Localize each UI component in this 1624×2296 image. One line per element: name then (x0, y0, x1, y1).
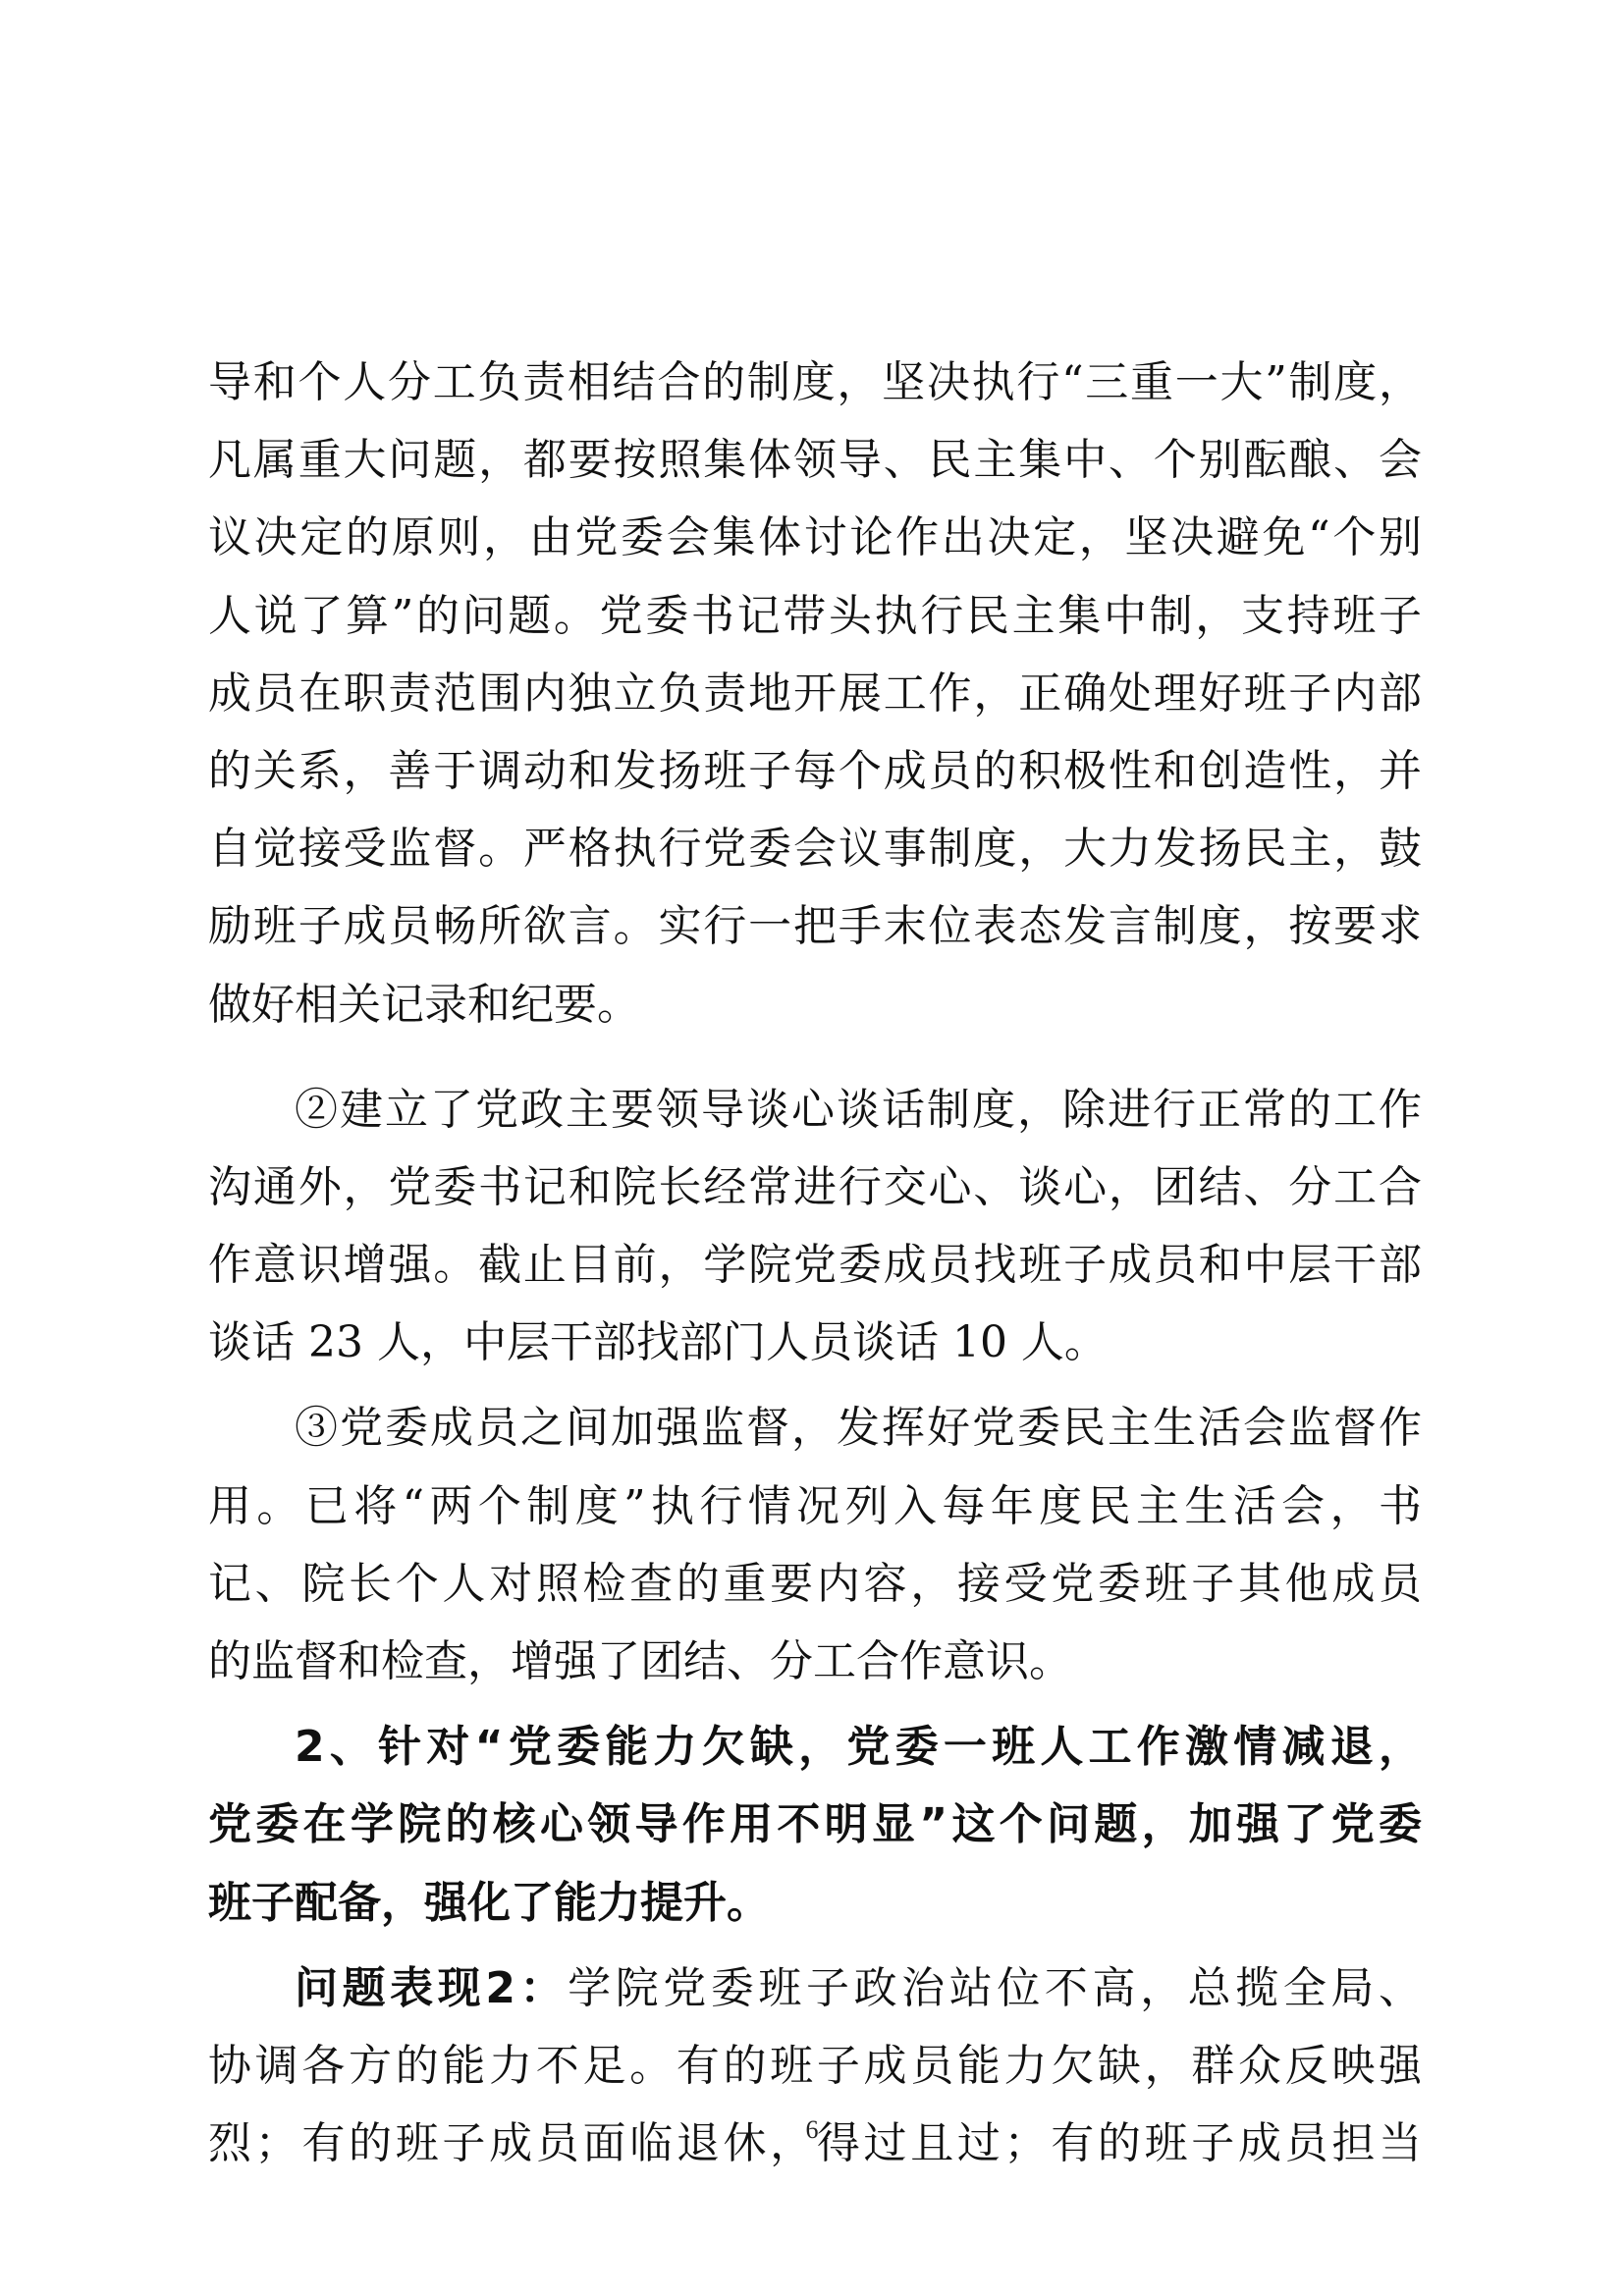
paragraph-1: 导和个人分工负责相结合的制度，坚决执行“三重一大”制度， 凡属重大问题，都要按照… (208, 344, 1422, 1043)
paragraph-3: ③党委成员之间加强监督，发挥好党委民主生活会监督作 用。已将“两个制度”执行情况… (208, 1389, 1422, 1700)
text-line: 凡属重大问题，都要按照集体领导、民主集中、个别酝酿、会 (208, 421, 1422, 499)
paragraph-gap (208, 1381, 1422, 1389)
problem-text: 学院党委班子政治站位不高，总揽全局、 (568, 1963, 1422, 2013)
text-line: 用。已将“两个制度”执行情况列入每年度民主生活会，书 (208, 1468, 1422, 1545)
section-heading-2: 2、针对“党委能力欠缺，党委一班人工作激情减退， 党委在学院的核心领导作用不明显… (208, 1708, 1422, 1942)
paragraph-gap (208, 1942, 1422, 1949)
body-text: 导和个人分工负责相结合的制度，坚决执行“三重一大”制度， 凡属重大问题，都要按照… (208, 344, 1422, 2182)
document-page: 导和个人分工负责相结合的制度，坚决执行“三重一大”制度， 凡属重大问题，都要按照… (0, 0, 1624, 2296)
text-line: 协调各方的能力不足。有的班子成员能力欠缺，群众反映强 (208, 2027, 1422, 2105)
text-line: 人说了算”的问题。党委书记带头执行民主集中制，支持班子 (208, 577, 1422, 655)
paragraph-gap (208, 1700, 1422, 1708)
text-line: 议决定的原则，由党委会集体讨论作出决定，坚决避免“个别 (208, 499, 1422, 576)
text-line: 做好相关记录和纪要。 (208, 966, 1422, 1043)
text-line: 的关系，善于调动和发扬班子每个成员的积极性和创造性，并 (208, 732, 1422, 810)
text-line: 谈话 23 人，中层干部找部门人员谈话 10 人。 (208, 1304, 1422, 1381)
text-line: ②建立了党政主要领导谈心谈话制度，除进行正常的工作 (208, 1071, 1422, 1148)
text-line: ③党委成员之间加强监督，发挥好党委民主生活会监督作 (208, 1389, 1422, 1467)
text-line: 励班子成员畅所欲言。实行一把手末位表态发言制度，按要求 (208, 887, 1422, 965)
text-line: 沟通外，党委书记和院长经常进行交心、谈心，团结、分工合 (208, 1148, 1422, 1226)
paragraph-gap (208, 1043, 1422, 1071)
text-line: 作意识增强。截止目前，学院党委成员找班子成员和中层干部 (208, 1226, 1422, 1304)
text-line: 记、院长个人对照检查的重要内容，接受党委班子其他成员 (208, 1545, 1422, 1623)
heading-line: 2、针对“党委能力欠缺，党委一班人工作激情减退， (208, 1708, 1422, 1786)
heading-line: 党委在学院的核心领导作用不明显”这个问题，加强了党委 (208, 1786, 1422, 1863)
problem-label: 问题表现2： (295, 1963, 568, 2013)
paragraph-2: ②建立了党政主要领导谈心谈话制度，除进行正常的工作 沟通外，党委书记和院长经常进… (208, 1071, 1422, 1382)
paragraph-problem-2: 问题表现2：学院党委班子政治站位不高，总揽全局、 协调各方的能力不足。有的班子成… (208, 1949, 1422, 2183)
text-line: 的监督和检查，增强了团结、分工合作意识。 (208, 1623, 1422, 1700)
text-line: 问题表现2：学院党委班子政治站位不高，总揽全局、 (208, 1949, 1422, 2027)
text-line: 导和个人分工负责相结合的制度，坚决执行“三重一大”制度， (208, 344, 1422, 421)
text-line: 自觉接受监督。严格执行党委会议事制度，大力发扬民主，鼓 (208, 810, 1422, 887)
text-line: 成员在职责范围内独立负责地开展工作，正确处理好班子内部 (208, 655, 1422, 732)
page-number: 6 (0, 2115, 1624, 2145)
heading-line: 班子配备，强化了能力提升。 (208, 1864, 1422, 1942)
